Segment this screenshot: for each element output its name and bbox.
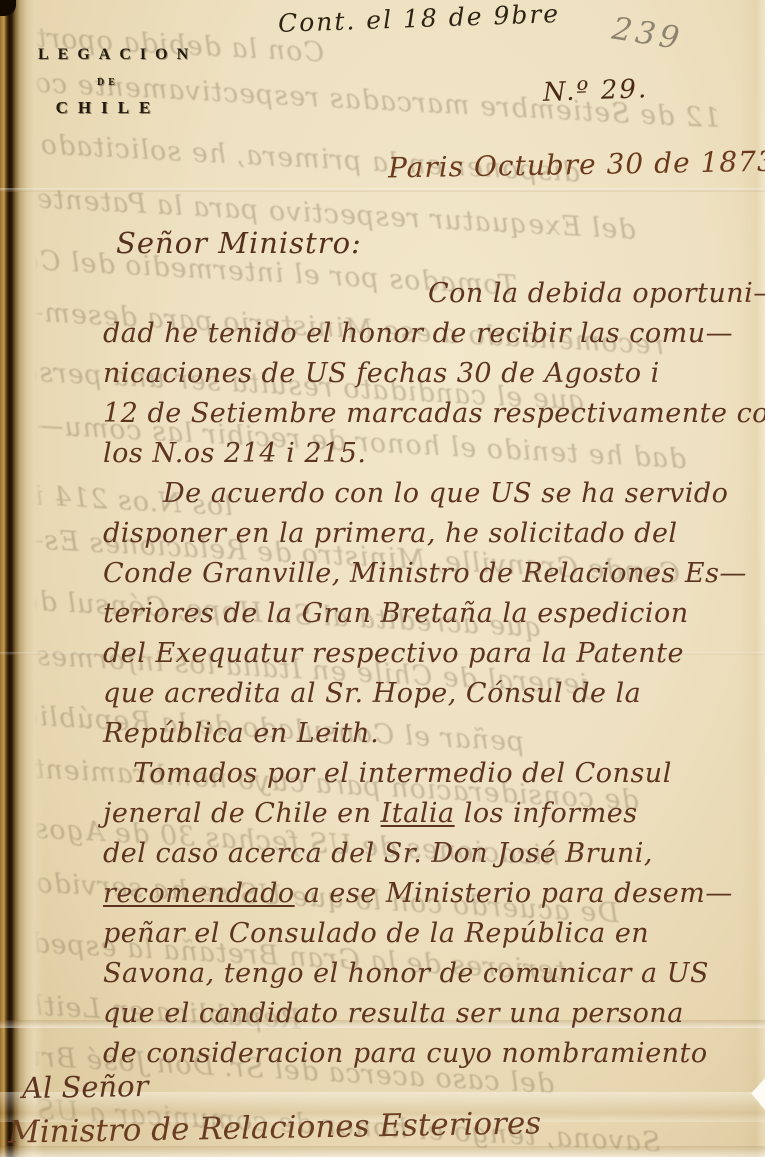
closing-addressee-line2: Ministro de Relaciones Esteriores: [8, 1105, 542, 1150]
body-line: los N.os 214 i 215.: [103, 438, 366, 469]
body-line: que acredita al Sr. Hope, Cónsul de la: [103, 678, 641, 709]
underlined-word: Italia: [381, 798, 455, 829]
body-line: del caso acerca del Sr. Don José Bruni,: [103, 838, 653, 869]
body-line: disponer en la primera, he solicitado de…: [103, 518, 678, 549]
body-line: recomendado a ese Ministerio para desem—: [103, 878, 733, 909]
body-line: 12 de Setiembre marcadas respectivamente…: [103, 398, 765, 429]
body-line: Tomados por el intermedio del Consul: [133, 758, 672, 789]
body-text: jeneral de Chile en: [103, 798, 381, 829]
body-text: los informes: [455, 798, 638, 829]
body-line: teriores de la Gran Bretaña la espedicio…: [103, 598, 689, 629]
body-line: Conde Granville, Ministro de Relaciones …: [103, 558, 747, 589]
document-number: N.º 29.: [543, 74, 649, 108]
body-line: Savona, tengo el honor de comunicar a US: [103, 958, 709, 989]
paper-crease: [0, 188, 765, 192]
archival-annotation: Cont. el 18 de 9bre: [278, 0, 561, 38]
letterhead-legacion: LEGACION: [38, 46, 178, 64]
body-line: Con la debida oportuni—: [428, 278, 765, 309]
folio-number-pencil: 239: [610, 11, 686, 58]
body-line: del Exequatur respectivo para la Patente: [103, 638, 684, 669]
scanned-letter-page: Con la debida oportuni—12 de Setiembre m…: [0, 0, 765, 1157]
letterhead: LEGACION DE CHILE: [38, 46, 178, 118]
closing-addressee-line1: Al Señor: [22, 1069, 149, 1105]
body-line: peñar el Consulado de la República en: [103, 918, 649, 949]
underlined-word: recomendado: [103, 878, 295, 909]
body-line: dad he tenido el honor de recibir las co…: [103, 318, 733, 349]
dateline: Paris Octubre 30 de 1873.: [388, 145, 765, 185]
body-line: De acuerdo con lo que US se ha servido: [163, 478, 728, 509]
body-line: nicaciones de US fechas 30 de Agosto i: [103, 358, 660, 389]
letterhead-de: DE: [38, 77, 178, 88]
salutation: Señor Ministro:: [116, 226, 362, 260]
body-line: República en Leith.: [103, 718, 379, 749]
body-line: jeneral de Chile en Italia los informes: [103, 798, 638, 829]
body-line: de consideracion para cuyo nombramiento: [103, 1038, 708, 1069]
body-text: a ese Ministerio para desem—: [295, 878, 733, 909]
letterhead-chile: CHILE: [38, 98, 178, 118]
book-binding-edge: [0, 0, 44, 1157]
body-line: que el candidato resulta ser una persona: [103, 998, 684, 1029]
